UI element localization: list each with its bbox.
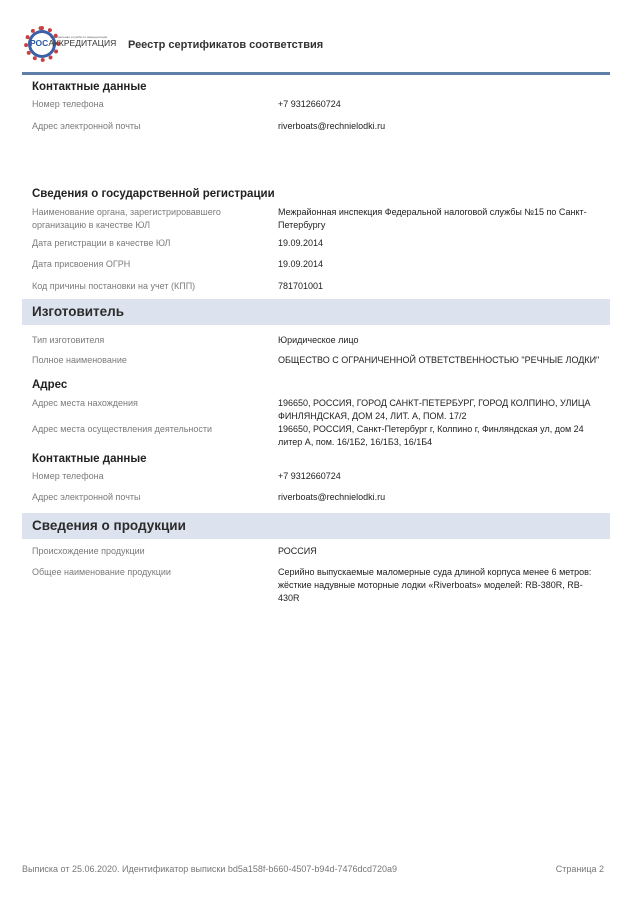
field-label: Полное наименование (32, 354, 262, 367)
field-label: Адрес электронной почты (32, 120, 262, 133)
page-header: Федеральная служба по аккредитации РОСАК… (22, 24, 612, 68)
field-label: Адрес электронной почты (32, 491, 262, 504)
product-heading: Сведения о продукции (32, 518, 186, 533)
manufacturer-email-value: riverboats@rechnielodki.ru (278, 491, 608, 504)
field-label: Происхождение продукции (32, 545, 262, 558)
product-origin-value: РОССИЯ (278, 545, 608, 558)
extract-info: Выписка от 25.06.2020. Идентификатор вып… (22, 864, 397, 874)
manufacturer-type-value: Юридическое лицо (278, 334, 608, 347)
field-label: Дата присвоения ОГРН (32, 258, 262, 271)
rosaccreditation-logo: Федеральная служба по аккредитации РОСАК… (22, 24, 122, 68)
field-label: Номер телефона (32, 470, 262, 483)
field-label: Номер телефона (32, 98, 262, 111)
field-label: Код причины постановки на учет (КПП) (32, 280, 262, 293)
product-section-header: Сведения о продукции (22, 513, 610, 539)
field-label: Общее наименование продукции (32, 566, 262, 579)
kpp-value: 781701001 (278, 280, 608, 293)
header-divider (22, 72, 610, 75)
product-name-value: Серийно выпускаемые маломерные суда длин… (278, 566, 600, 605)
manufacturer-contacts-heading: Контактные данные (32, 453, 147, 465)
applicant-phone-value: +7 9312660724 (278, 98, 608, 111)
legal-address-value: 196650, РОССИЯ, ГОРОД САНКТ-ПЕТЕРБУРГ, Г… (278, 397, 600, 423)
registration-authority-value: Межрайонная инспекция Федеральной налого… (278, 206, 588, 232)
logo-text: РОСАККРЕДИТАЦИЯ (30, 38, 116, 48)
activity-address-value: 196650, РОССИЯ, Санкт-Петербург г, Колпи… (278, 423, 608, 449)
manufacturer-name-value: ОБЩЕСТВО С ОГРАНИЧЕННОЙ ОТВЕТСТВЕННОСТЬЮ… (278, 354, 608, 367)
registration-date-value: 19.09.2014 (278, 237, 608, 250)
page-title: Реестр сертификатов соответствия (128, 39, 323, 51)
applicant-contacts-heading: Контактные данные (32, 81, 147, 93)
manufacturer-phone-value: +7 9312660724 (278, 470, 608, 483)
field-label: Тип изготовителя (32, 334, 262, 347)
ogrn-date-value: 19.09.2014 (278, 258, 608, 271)
manufacturer-section-header: Изготовитель (22, 299, 610, 325)
field-label: Наименование органа, зарегистрировавшего… (32, 206, 257, 232)
field-label: Адрес места нахождения (32, 397, 262, 410)
state-registration-heading: Сведения о государственной регистрации (32, 188, 275, 200)
page-number: Страница 2 (556, 864, 604, 874)
field-label: Дата регистрации в качестве ЮЛ (32, 237, 262, 250)
field-label: Адрес места осуществления деятельности (32, 423, 262, 436)
address-heading: Адрес (32, 379, 67, 391)
manufacturer-heading: Изготовитель (32, 304, 124, 319)
applicant-email-value: riverboats@rechnielodki.ru (278, 120, 608, 133)
